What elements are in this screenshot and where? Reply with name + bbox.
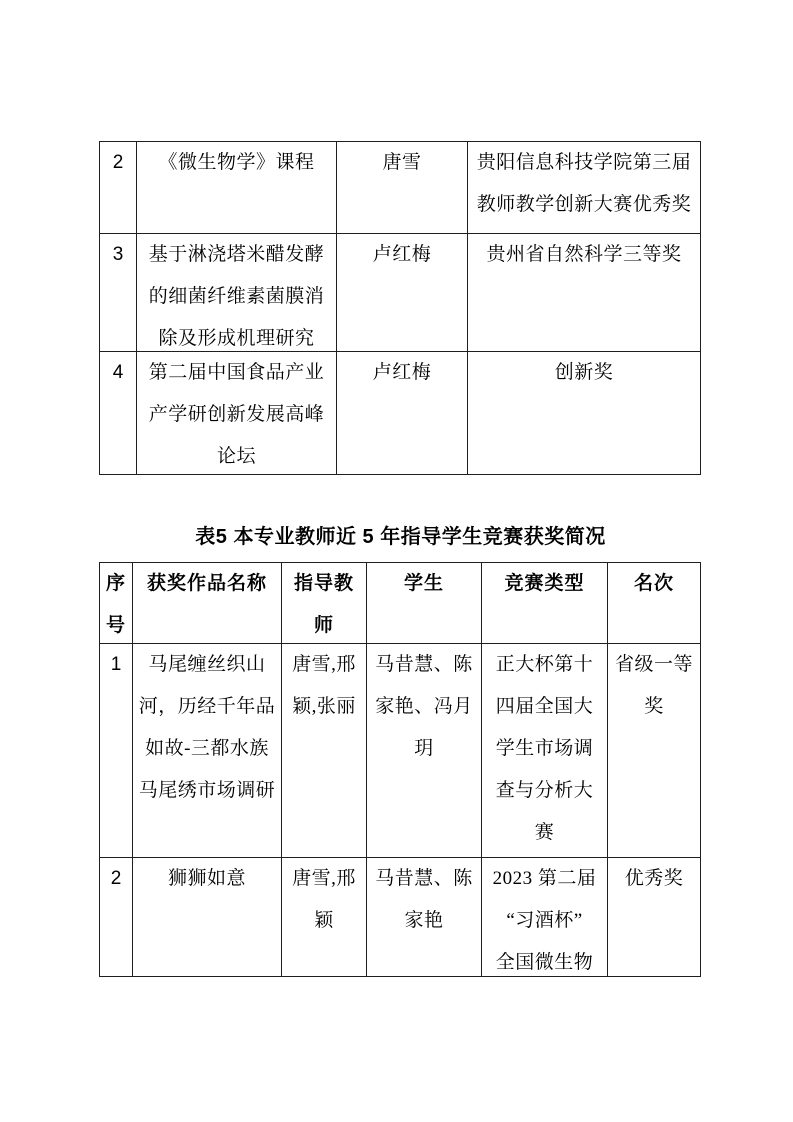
row-number-cell: 3 <box>100 234 137 352</box>
row-number-cell: 2 <box>100 858 133 976</box>
header-cell-number: 序 号 <box>100 563 133 644</box>
table-caption: 表5 本专业教师近 5 年指导学生竞赛获奖简况 <box>100 521 701 553</box>
award-name-cell: 创新奖 <box>468 352 700 474</box>
student-awards-table: 序 号 获奖作品名称 指导教 师 学生 竞赛类型 名次 1 马尾缠丝织山 河，历… <box>99 562 701 977</box>
header-cell-advisors: 指导教 师 <box>282 563 367 644</box>
project-name-cell: 第二届中国食品产业 产学研创新发展高峰 论坛 <box>137 352 337 474</box>
project-name-cell: 基于淋浇塔米醋发酵 的细菌纤维素菌膜消 除及形成机理研究 <box>137 234 337 352</box>
document-page: 2 《微生物学》课程 唐雪 贵阳信息科技学院第三届 教师教学创新大赛优秀奖 3 … <box>0 0 793 1122</box>
project-name-cell: 《微生物学》课程 <box>137 142 337 234</box>
students-cell: 马昔慧、陈 家艳、冯月 玥 <box>367 644 482 858</box>
row-number-cell: 1 <box>100 644 133 858</box>
header-cell-competition-type: 竞赛类型 <box>482 563 608 644</box>
work-name-cell: 狮狮如意 <box>133 858 282 976</box>
rank-cell: 优秀奖 <box>608 858 700 976</box>
teacher-awards-table: 2 《微生物学》课程 唐雪 贵阳信息科技学院第三届 教师教学创新大赛优秀奖 3 … <box>99 141 701 475</box>
rank-cell: 省级一等 奖 <box>608 644 700 858</box>
teacher-name-cell: 卢红梅 <box>337 234 468 352</box>
row-number-cell: 4 <box>100 352 137 474</box>
header-cell-work-name: 获奖作品名称 <box>133 563 282 644</box>
award-name-cell: 贵阳信息科技学院第三届 教师教学创新大赛优秀奖 <box>468 142 700 234</box>
row-number-cell: 2 <box>100 142 137 234</box>
advisors-cell: 唐雪,邢 颖 <box>282 858 367 976</box>
header-cell-students: 学生 <box>367 563 482 644</box>
students-cell: 马昔慧、陈 家艳 <box>367 858 482 976</box>
header-cell-rank: 名次 <box>608 563 700 644</box>
teacher-name-cell: 唐雪 <box>337 142 468 234</box>
advisors-cell: 唐雪,邢 颖,张丽 <box>282 644 367 858</box>
teacher-name-cell: 卢红梅 <box>337 352 468 474</box>
work-name-cell: 马尾缠丝织山 河，历经千年品 如故-三都水族 马尾绣市场调研 <box>133 644 282 858</box>
competition-type-cell: 2023 第二届 “习酒杯” 全国微生物 <box>482 858 608 976</box>
award-name-cell: 贵州省自然科学三等奖 <box>468 234 700 352</box>
competition-type-cell: 正大杯第十 四届全国大 学生市场调 查与分析大 赛 <box>482 644 608 858</box>
